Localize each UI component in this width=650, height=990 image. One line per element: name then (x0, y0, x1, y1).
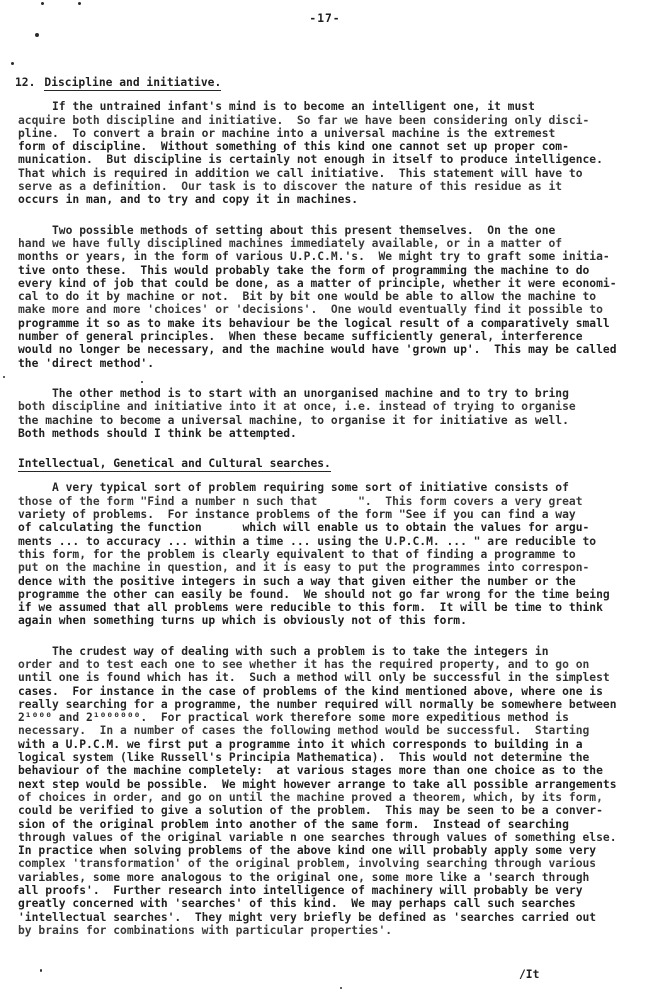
text-line: programme it so as to make its behaviour… (18, 317, 642, 330)
text-line: sion of the original problem into anothe… (18, 818, 642, 831)
text-line: tive onto these. This would probably tak… (18, 264, 642, 277)
paragraph: The crudest way of dealing with such a p… (18, 645, 642, 938)
text-line: 2¹⁰⁰⁰ and 2¹⁰⁰⁰⁰⁰⁰. For practical work t… (18, 711, 642, 724)
text-line: those of the form "Find a number n such … (18, 495, 642, 508)
text-line: number of general principles. When these… (18, 330, 642, 343)
paragraph: Two possible methods of setting about th… (18, 224, 642, 370)
text-line: through values of the original variable … (18, 831, 642, 844)
text-line: this form, for the problem is clearly eq… (18, 548, 642, 561)
text-line: greatly concerned with 'searches' of thi… (18, 897, 642, 910)
text-line: Both methods should I think be attempted… (18, 427, 642, 440)
text-line: necessary. In a number of cases the foll… (18, 724, 642, 737)
section-title: Discipline and initiative. (44, 76, 221, 91)
text-line: if we assumed that all problems were red… (18, 601, 642, 614)
text-line: complex 'transformation' of the original… (18, 857, 642, 870)
text-line: both discipline and initiative into it a… (18, 400, 642, 413)
section-heading: 12.Discipline and initiative. (18, 76, 642, 89)
text-line: could be verified to give a solution of … (18, 804, 642, 817)
page-number: -17- (0, 12, 650, 25)
scan-speck (11, 62, 14, 65)
text-line: munication. But discipline is certainly … (18, 153, 642, 166)
section-number: 12. (15, 76, 35, 89)
text-line: again when something turns up which is o… (18, 614, 642, 627)
text-line: hand we have fully disciplined machines … (18, 237, 642, 250)
text-line: of calculating the function which will e… (18, 521, 642, 534)
scan-speck (78, 2, 81, 5)
text-line: until one is found which has it. Such a … (18, 671, 642, 684)
text-line: That which is required in addition we ca… (18, 167, 642, 180)
text-line: 'intellectual searches'. They might very… (18, 911, 642, 924)
text-line: every kind of job that could be done, as… (18, 277, 642, 290)
text-line: put on the machine in question, and it i… (18, 561, 642, 574)
document-body: 12.Discipline and initiative.If the untr… (18, 76, 642, 954)
text-line: order and to test each one to see whethe… (18, 658, 642, 671)
text-line: of choices in order, and go on until the… (18, 791, 642, 804)
text-line: The other method is to start with an uno… (18, 387, 642, 400)
text-line: logical system (like Russell's Principia… (18, 751, 642, 764)
text-line: In practice when solving problems of the… (18, 844, 642, 857)
subheading: Intellectual, Genetical and Cultural sea… (18, 457, 331, 472)
paragraph: A very typical sort of problem requiring… (18, 481, 642, 627)
text-line: If the untrained infant's mind is to bec… (18, 100, 642, 113)
text-line: behaviour of the machine completely: at … (18, 764, 642, 777)
text-line: cal to do it by machine or not. Bit by b… (18, 290, 642, 303)
text-line: A very typical sort of problem requiring… (18, 481, 642, 494)
scan-speck (40, 969, 42, 972)
text-line: by brains for combinations with particul… (18, 924, 642, 937)
text-line: the machine to become a universal machin… (18, 414, 642, 427)
paragraph: If the untrained infant's mind is to bec… (18, 100, 642, 206)
text-line: serve as a definition. Our task is to di… (18, 180, 642, 193)
text-line: next step would be possible. We might ho… (18, 778, 642, 791)
scan-speck (3, 376, 5, 378)
text-line: form of discipline. Without something of… (18, 140, 642, 153)
text-line: programme the other can easily be found.… (18, 588, 642, 601)
paragraph: The other method is to start with an uno… (18, 387, 642, 440)
text-line: occurs in man, and to try and copy it in… (18, 193, 642, 206)
text-line: pline. To convert a brain or machine int… (18, 127, 642, 140)
text-line: dence with the positive integers in such… (18, 575, 642, 588)
text-line: variables, some more analogous to the or… (18, 871, 642, 884)
text-line: variety of problems. For instance proble… (18, 508, 642, 521)
scanned-document-page: -17- 12.Discipline and initiative.If the… (0, 0, 650, 990)
text-line: acquire both discipline and initiative. … (18, 114, 642, 127)
text-line: ments ... to accuracy ... within a time … (18, 535, 642, 548)
text-line: all proofs'. Further research into intel… (18, 884, 642, 897)
text-line: months or years, in the form of various … (18, 250, 642, 263)
text-line: make more and more 'choices' or 'decisio… (18, 303, 642, 316)
text-line: would no longer be necessary, and the ma… (18, 343, 642, 356)
text-line: cases. For instance in the case of probl… (18, 685, 642, 698)
text-line: with a U.P.C.M. we first put a programme… (18, 738, 642, 751)
text-line: The crudest way of dealing with such a p… (18, 645, 642, 658)
catchword: /It (519, 968, 539, 981)
text-line: really searching for a programme, the nu… (18, 698, 642, 711)
text-line: Two possible methods of setting about th… (18, 224, 642, 237)
scan-speck (41, 2, 44, 5)
scan-speck (35, 33, 39, 37)
text-line: the 'direct method'. (18, 357, 642, 370)
scan-speck (340, 987, 342, 989)
